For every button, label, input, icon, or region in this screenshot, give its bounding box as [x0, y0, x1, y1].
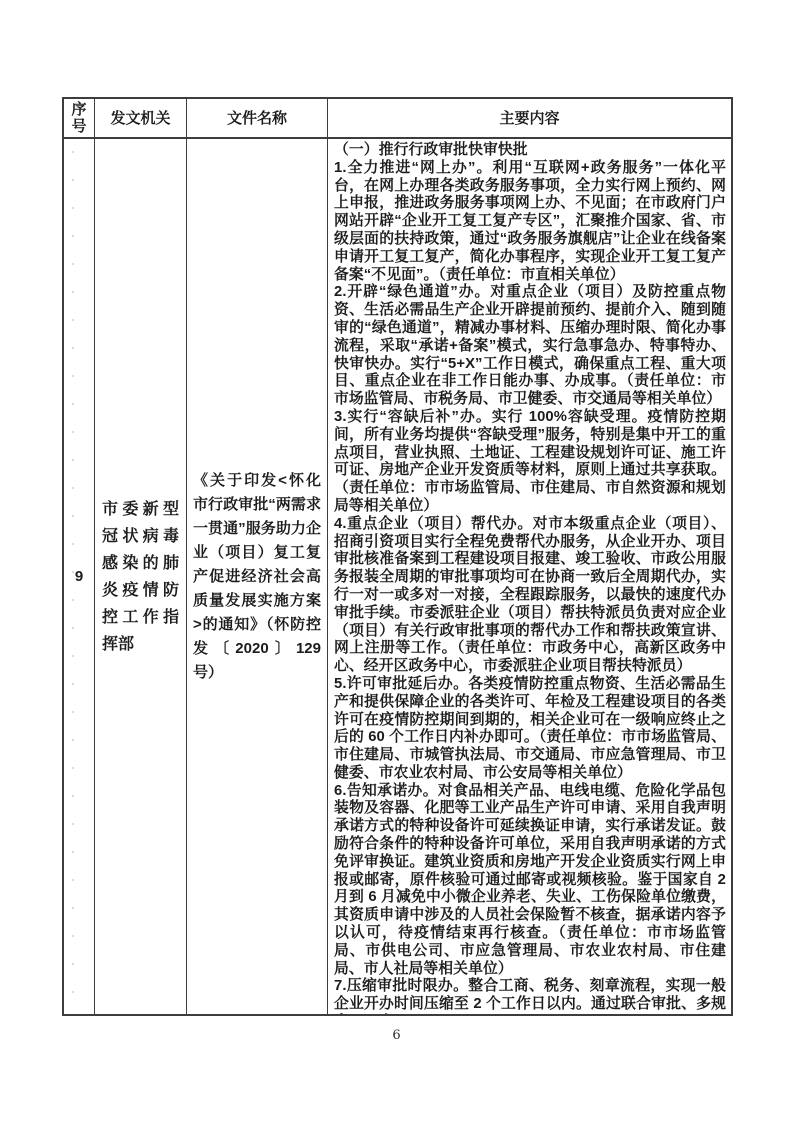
- row-number: 9: [75, 568, 83, 585]
- content-section-heading: （一）推行行政审批快审快批: [334, 142, 726, 160]
- cell-row-number: 9: [64, 139, 95, 1014]
- header-cell-issuing-authority: 发文机关: [95, 99, 187, 137]
- header-cell-number: 序号: [64, 99, 95, 137]
- content-item-6: 6.告知承诺办。对食品相关产品、电线电缆、危险化学品包装物及容器、化肥等工业产品…: [334, 783, 726, 979]
- cell-document-title: 《关于印发<怀化市行政审批“两需求一贯通”服务助力企业（项目）复工复产促进经济社…: [187, 139, 328, 1014]
- table-row: 9 市委新型冠状病毒感染的肺炎疫情防控工作指挥部 《关于印发<怀化市行政审批“两…: [64, 139, 731, 1014]
- cell-main-content: （一）推行行政审批快审快批 1.全力推进“网上办”。利用“互联网+政务服务”一体…: [328, 139, 731, 1014]
- content-table: 序号 发文机关 文件名称 主要内容 9 市委新型冠状病毒感染的肺炎疫情防控工作指…: [62, 97, 733, 1016]
- content-item-7: 7.压缩审批时限办。整合工商、税务、刻章流程，实现一般企业开办时间压缩至 2 个…: [334, 978, 726, 1014]
- content-item-1: 1.全力推进“网上办”。利用“互联网+政务服务”一体化平台，在网上办理各类政务服…: [334, 160, 726, 285]
- content-item-2: 2.开辟“绿色通道”办。对重点企业（项目）及防控重点物资、生活必需品生产企业开辟…: [334, 284, 726, 409]
- header-cell-main-content: 主要内容: [328, 99, 731, 137]
- content-item-3: 3.实行“容缺后补”办。实行 100%容缺受理。疫情防控期间，所有业务均提供“容…: [334, 409, 726, 516]
- document-page: 序号 发文机关 文件名称 主要内容 9 市委新型冠状病毒感染的肺炎疫情防控工作指…: [0, 0, 793, 1122]
- cell-issuing-authority: 市委新型冠状病毒感染的肺炎疫情防控工作指挥部: [95, 139, 187, 1014]
- header-cell-document-title: 文件名称: [187, 99, 328, 137]
- issuing-authority-text: 市委新型冠状病毒感染的肺炎疫情防控工作指挥部: [102, 496, 179, 658]
- content-item-4: 4.重点企业（项目）帮代办。对市本级重点企业（项目）、招商引资项目实行全程免费帮…: [334, 516, 726, 676]
- table-header-row: 序号 发文机关 文件名称 主要内容: [64, 99, 731, 139]
- document-title-text: 《关于印发<怀化市行政审批“两需求一贯通”服务助力企业（项目）复工复产促进经济社…: [193, 469, 321, 685]
- page-number: 6: [0, 1028, 793, 1043]
- content-item-5: 5.许可审批延后办。各类疫情防控重点物资、生活必需品生产和提供保障企业的各类许可…: [334, 676, 726, 783]
